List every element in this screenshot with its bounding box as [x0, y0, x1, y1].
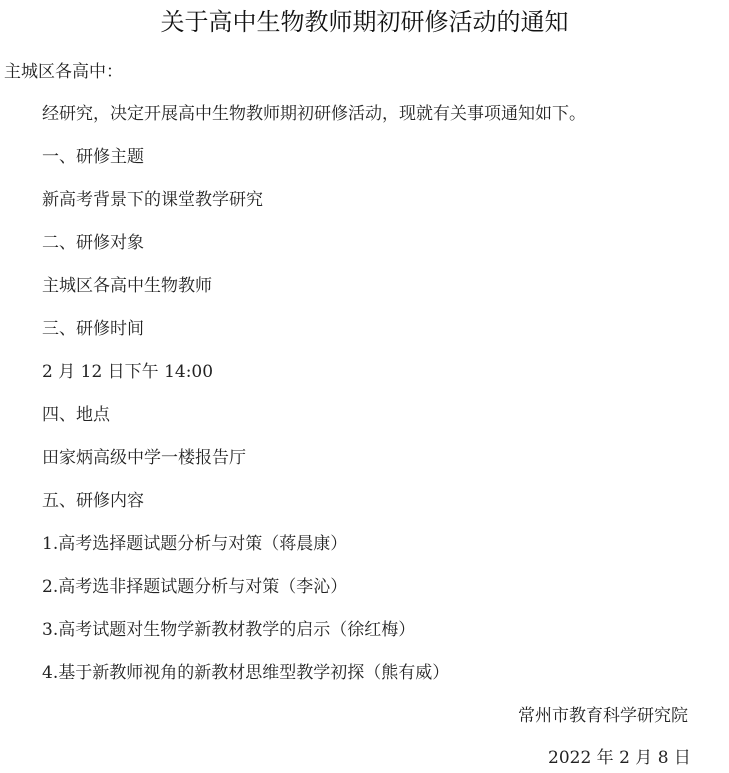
document-title: 关于高中生物教师期初研修活动的通知 [0, 6, 729, 38]
signature-organization: 常州市教育科学研究院 [518, 704, 688, 728]
section-heading-content: 五、研修内容 [42, 489, 144, 513]
section-content-time: 2 月 12 日下午 14:00 [42, 360, 213, 384]
section-heading-topic: 一、研修主题 [42, 145, 144, 169]
content-item: 2.高考选非择题试题分析与对策（李沁） [42, 575, 347, 599]
intro-paragraph: 经研究，决定开展高中生物教师期初研修活动，现就有关事项通知如下。 [42, 102, 586, 126]
salutation: 主城区各高中： [4, 60, 123, 84]
section-content-topic: 新高考背景下的课堂教学研究 [42, 188, 263, 212]
content-item: 3.高考试题对生物学新教材教学的启示（徐红梅） [42, 618, 415, 642]
section-heading-time: 三、研修时间 [42, 317, 144, 341]
content-item: 1.高考选择题试题分析与对策（蒋晨康） [42, 532, 347, 556]
content-item: 4.基于新教师视角的新教材思维型教学初探（熊有威） [42, 661, 449, 685]
section-heading-location: 四、地点 [42, 403, 110, 427]
section-heading-audience: 二、研修对象 [42, 231, 144, 255]
section-content-audience: 主城区各高中生物教师 [42, 274, 212, 298]
signature-date: 2022 年 2 月 8 日 [548, 746, 691, 770]
section-content-location: 田家炳高级中学一楼报告厅 [42, 446, 246, 470]
